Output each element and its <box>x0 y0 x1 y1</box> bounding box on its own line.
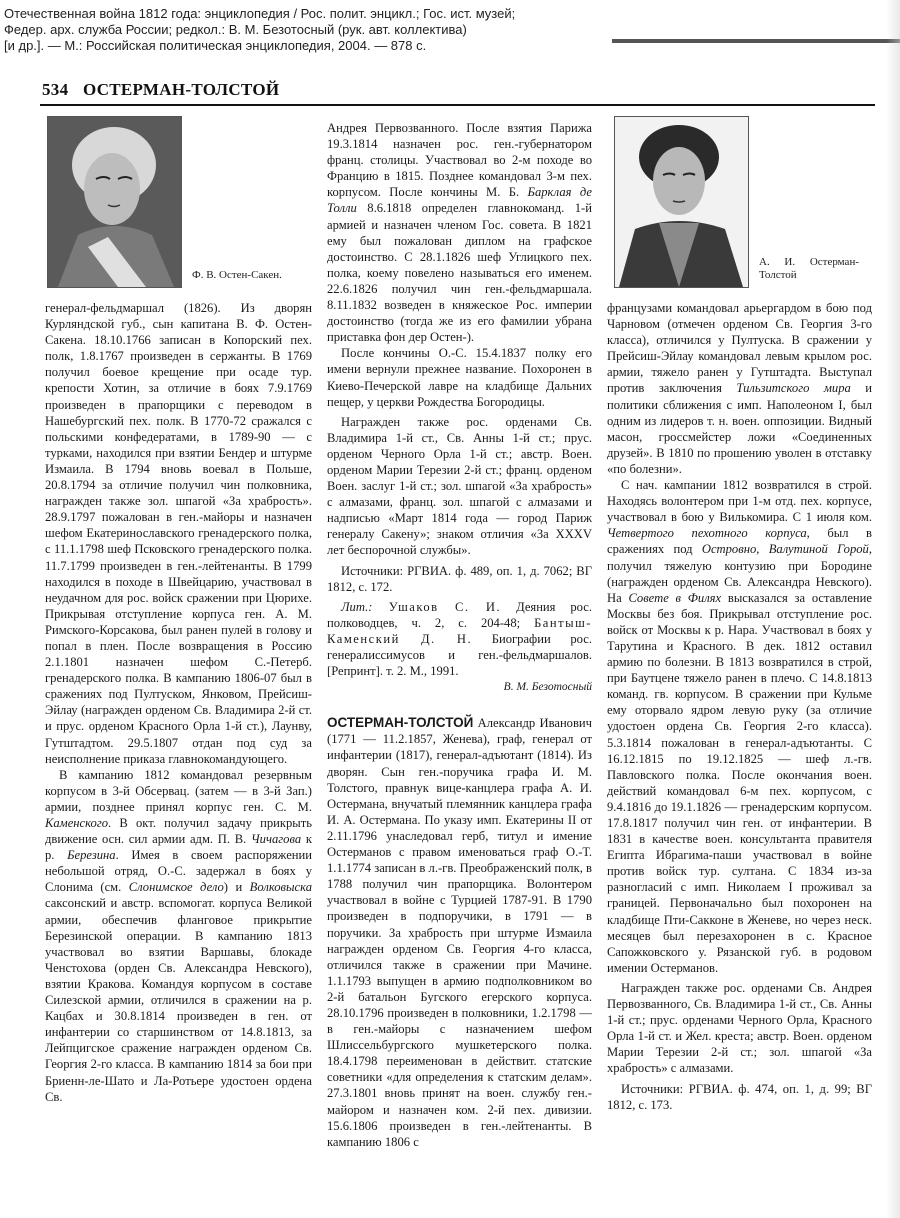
link-4th-corps[interactable]: Четвертого пехотного корпуса <box>607 526 807 540</box>
paragraph: После кончины О.-С. 15.4.1837 полку его … <box>327 345 592 409</box>
link-slonim[interactable]: Слонимское дело <box>129 880 224 894</box>
link-chichagov[interactable]: Чичагова <box>251 832 301 846</box>
entry-title: ОСТЕРМАН-ТОЛСТОЙ <box>327 715 473 730</box>
sources: Источники: РГВИА. ф. 489, оп. 1, д. 7062… <box>327 563 592 595</box>
top-divider <box>612 39 900 43</box>
header-rule <box>40 104 875 106</box>
paragraph: С нач. кампании 1812 возвратился в строй… <box>607 477 872 976</box>
portrait-icon <box>615 117 748 287</box>
running-head-title: ОСТЕРМАН-ТОЛСТОЙ <box>83 80 279 99</box>
link-kamenskiy[interactable]: Каменского <box>45 816 108 830</box>
paragraph-awards: Награжден также рос. орденами Св. Владим… <box>327 414 592 559</box>
link-berezina[interactable]: Березина <box>67 848 116 862</box>
paragraph: В кампанию 1812 командовал резервным кор… <box>45 767 312 1105</box>
literature: Лит.: Ушаков С. И. Деяния рос. полководц… <box>327 599 592 679</box>
column-2: Андрея Первозванного. После взятия Париж… <box>327 120 592 1150</box>
page-number: 534 <box>42 80 68 99</box>
citation-line-1: Отечественная война 1812 года: энциклопе… <box>4 6 564 22</box>
paragraph: Андрея Первозванного. После взятия Париж… <box>327 120 592 345</box>
paragraph: французами командовал арьергардом в бою … <box>607 300 872 477</box>
link-tilsit[interactable]: Тильзитского мира <box>736 381 850 395</box>
entry-ostermann-tolstoy: ОСТЕРМАН-ТОЛСТОЙ Александр Иванович (177… <box>327 715 592 1150</box>
citation-line-2: Федер. арх. служба России; редкол.: В. М… <box>4 22 564 38</box>
portrait-image <box>614 116 749 288</box>
page-edge-shadow <box>886 0 900 1218</box>
portrait-image <box>47 116 182 288</box>
link-volkovysk[interactable]: Волковыска <box>250 880 312 894</box>
column-3: А. И. Остерман-Толстой французами команд… <box>607 116 872 1113</box>
figure-caption: А. И. Остерман-Толстой <box>759 256 859 282</box>
figure-ostermann-tolstoy: А. И. Остерман-Толстой <box>614 116 872 288</box>
paragraph-awards: Награжден также рос. орденами Св. Андрея… <box>607 980 872 1077</box>
link-valutina-gora[interactable]: Валутиной Горой <box>769 542 869 556</box>
figure-caption: Ф. В. Остен-Сакен. <box>192 269 282 282</box>
figure-osten-saken: Ф. В. Остен-Сакен. <box>47 116 312 288</box>
article-author: В. М. Безотосный <box>327 679 592 695</box>
portrait-icon <box>48 117 181 287</box>
paragraph: генерал-фельдмаршал (1826). Из дворян Ку… <box>45 300 312 767</box>
link-council-fili[interactable]: Совете в Филях <box>628 591 721 605</box>
sources: Источники: РГВИА. ф. 474, оп. 1, д. 99; … <box>607 1081 872 1113</box>
link-ostrovno[interactable]: Островно <box>702 542 756 556</box>
citation-line-3: [и др.]. — М.: Российская политическая э… <box>4 38 564 54</box>
column-1: Ф. В. Остен-Сакен. генерал-фельдмаршал (… <box>45 116 312 1105</box>
bibliographic-citation: Отечественная война 1812 года: энциклопе… <box>4 6 564 54</box>
running-head: 534 ОСТЕРМАН-ТОЛСТОЙ <box>42 80 279 100</box>
